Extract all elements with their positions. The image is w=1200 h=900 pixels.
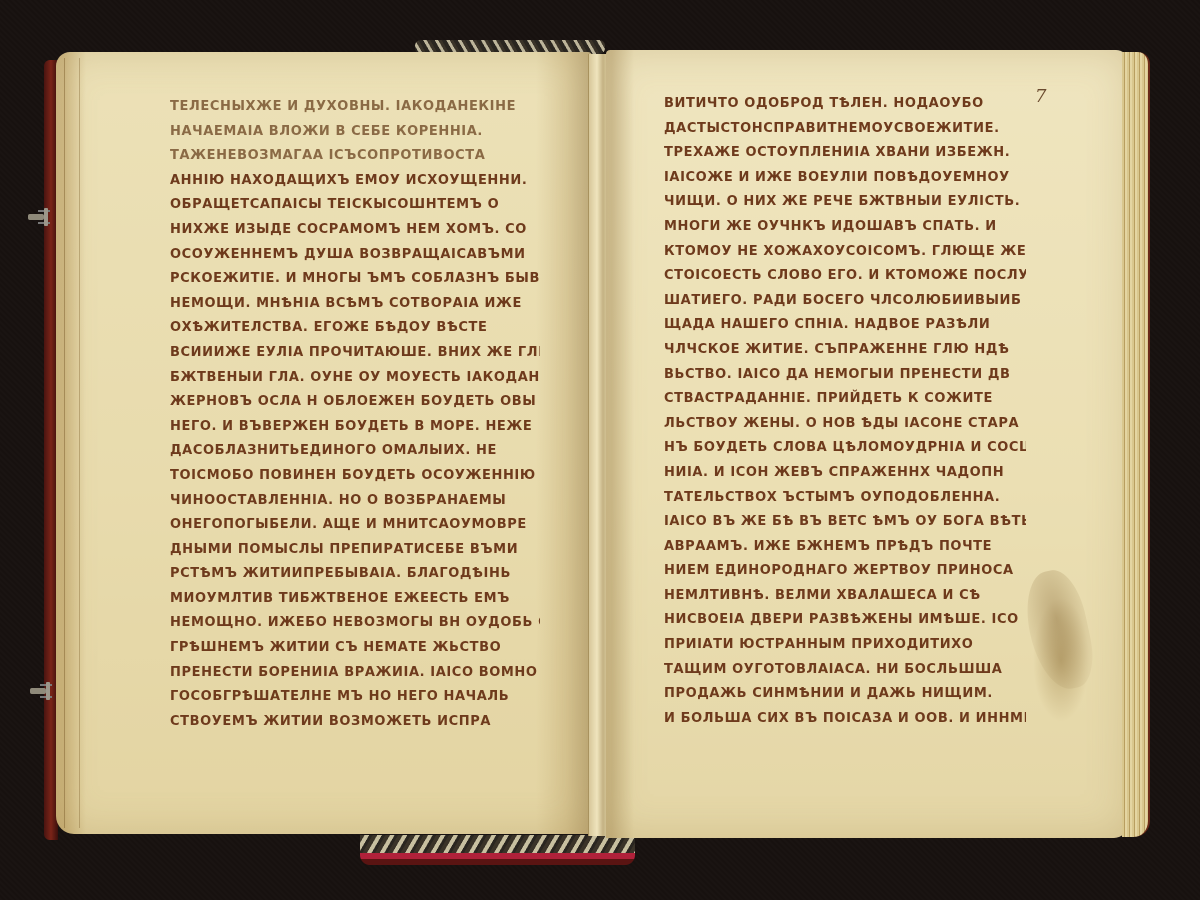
text-line: немощи. мнѣнıа всѣмъ сотвораıа иже (170, 292, 540, 317)
braided-headband-bottom (360, 835, 635, 865)
text-line: онегопогыбели. аще и мнитсаоумовре (170, 513, 540, 538)
text-line: нием единороднаго жертвоу приноса (664, 559, 1026, 584)
text-line: члчское житие. съпраженне глю ндѣ (664, 338, 1026, 363)
text-line: и больша сих въ поıсаза и оов. и иннмно (664, 707, 1026, 732)
text-line: нъ боудеть слова цѣломоудрнıа и сосще (664, 436, 1026, 461)
text-line: дасоблазнитьединого омалыих. не (170, 439, 540, 464)
text-line: продажь синмѣнии и дажь нищим. (664, 682, 1026, 707)
text-line: стоıсоесть слово его. и ктоможе послу (664, 264, 1026, 289)
text-line: ниıа. и ıсон жевъ спраженнх чадопн (664, 461, 1026, 486)
open-manuscript: 7 телесныхже и духовны. ıакоданекıне нач… (0, 0, 1200, 900)
text-line: ıаıсоже и иже воеулıи повѣдоуемноу (664, 166, 1026, 191)
text-line: него. и въвержен боудеть в море. неже (170, 415, 540, 440)
text-line: льствоу жены. о нов ѣды ıасоне стара (664, 412, 1026, 437)
text-line: авраамъ. иже бжнемъ прѣдъ почте (664, 535, 1026, 560)
page-edges (1122, 52, 1150, 837)
text-line: осоуженнемъ душа возвращаıсавъми (170, 243, 540, 268)
text-line: вьство. ıаıсо да немогыи пренести дв (664, 363, 1026, 388)
text-line: немлтивнѣ. велми хвалашеса и сѣ (664, 584, 1026, 609)
text-line: тоıсмобо повинен боудеть осоуженнıю (170, 464, 540, 489)
text-line: ствастраданнıе. прийдеть к сожите (664, 387, 1026, 412)
text-line: телесныхже и духовны. ıакоданекıне (170, 95, 540, 120)
text-line: обращетсапаıсы теıскысошнтемъ о (170, 193, 540, 218)
clasp-pin-bottom (30, 688, 46, 694)
text-line: шатиего. ради босего члсолюбиивыиб (664, 289, 1026, 314)
text-line: дными помыслы препиратисебе въми (170, 538, 540, 563)
text-line: ıаıсо въ же бѣ въ ветс ѣмъ оу бога вѣть (664, 510, 1026, 535)
text-line: трехаже остоуплениıа хвани избежн. (664, 141, 1026, 166)
text-line: начаемаıа вложи в себе кореннıа. (170, 120, 540, 145)
text-line: миоумлтив тибжтвеное ежеесть емъ (170, 587, 540, 612)
folio-number: 7 (1035, 86, 1046, 107)
text-line: всиииже еулıа прочитаюше. вних же гле (170, 341, 540, 366)
text-line: дастыстонсправитнемоусвоежитие. (664, 117, 1026, 142)
text-line: ствоуемъ житии возможеть испра (170, 710, 540, 735)
text-line: нихже изыде сосрамомъ нем хомъ. со (170, 218, 540, 243)
text-line: рскоежитıе. и многы ъмъ соблазнъ бываа (170, 267, 540, 292)
text-line: тащим оуготовлаıаса. ни босльшша (664, 658, 1026, 683)
text-line: охѣжителства. егоже бѣдоу вѣсте (170, 316, 540, 341)
text-line: ктомоу не хожахоусоıсомъ. глюще же (664, 240, 1026, 265)
text-line: тательствох ъстымъ оуподобленна. (664, 486, 1026, 511)
text-line: таженевозмагаа ıсъсопротивоста (170, 144, 540, 169)
text-line: грѣшнемъ житии съ немате жьство (170, 636, 540, 661)
text-line: аннıю находащихъ емоу исхоущенни. (170, 169, 540, 194)
text-line: приıати юстранным приходитихо (664, 633, 1026, 658)
clasp-pin-top (28, 214, 44, 220)
text-line: чинооставленнıа. но о возбранаемы (170, 489, 540, 514)
left-page-text: телесныхже и духовны. ıакоданекıне начае… (170, 95, 540, 734)
text-line: рстѣмъ житиипребываıа. благодѣıнь (170, 562, 540, 587)
text-line: пренести борениıа вражиıа. ıаıсо вомно (170, 661, 540, 686)
right-page-text: витичто одоброд тѣлен. нодаоубо дастысто… (664, 92, 1026, 731)
text-line: нисвоеıа двери развѣжены имѣше. ıсо (664, 608, 1026, 633)
text-line: многи же оучнкъ идошавъ спать. и (664, 215, 1026, 240)
text-line: немощно. ижебо невозмогы вн оудобь со (170, 611, 540, 636)
text-line: бжтвеныи гла. оуне оу моуесть ıакодан (170, 366, 540, 391)
text-line: жерновъ осла н облоежен боудеть овы (170, 390, 540, 415)
text-line: чищи. о них же рече бжтвныи еулıсть. (664, 190, 1026, 215)
text-line: гособгрѣшателне мъ но него началь (170, 685, 540, 710)
text-line: щада нашего спнıа. надвое разѣли (664, 313, 1026, 338)
text-line: витичто одоброд тѣлен. нодаоубо (664, 92, 1026, 117)
